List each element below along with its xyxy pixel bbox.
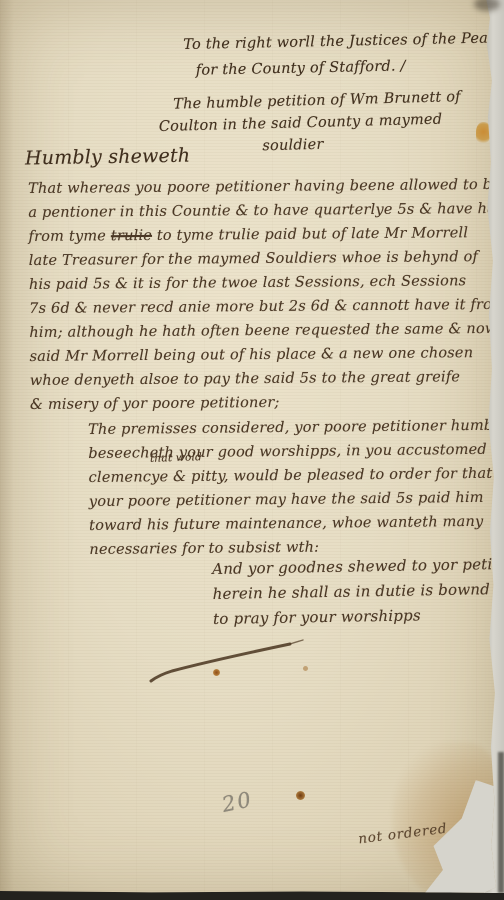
foxing-spot	[303, 666, 308, 671]
left-edge-shading	[0, 0, 14, 900]
foxing-spot	[213, 669, 220, 676]
foxing-spot	[296, 791, 305, 800]
manuscript-line: toward his future maintenance, whoe want…	[89, 510, 504, 538]
body-paragraph-1: That whereas you poore petitioner having…	[28, 173, 504, 417]
body-paragraph-2: The premisses considered, yor poore peti…	[88, 414, 504, 562]
struck-word: trulie	[111, 228, 152, 244]
petition-title: The humble petition of Wm Brunett of Cou…	[158, 86, 462, 160]
archival-number-pencil: 20	[220, 787, 255, 817]
manuscript-line: to pray for your worshipps	[213, 601, 504, 632]
line-segment: from tyme	[28, 228, 110, 245]
address-heading: To the right worll the Justices of the P…	[183, 25, 504, 84]
closing-prayer: And yor goodnes shewed to yor petitioner…	[212, 551, 504, 632]
manuscript-line: & misery of yor poore petitioner;	[30, 389, 504, 417]
salutation: Humbly sheweth	[25, 145, 191, 170]
page-edge-shadow	[498, 752, 504, 893]
manuscript-scan: To the right worll the Justices of the P…	[0, 0, 504, 900]
manuscript-line: whoe denyeth alsoe to pay the said 5s to…	[30, 365, 504, 393]
manuscript-line: herein he shall as in dutie is bownd eve…	[212, 576, 504, 607]
line-segment: to tyme trulie paid but of late Mr Morre…	[152, 225, 468, 244]
manuscript-page: To the right worll the Justices of the P…	[0, 0, 504, 900]
heading-line-2: for the County of Stafford. /	[184, 51, 504, 84]
